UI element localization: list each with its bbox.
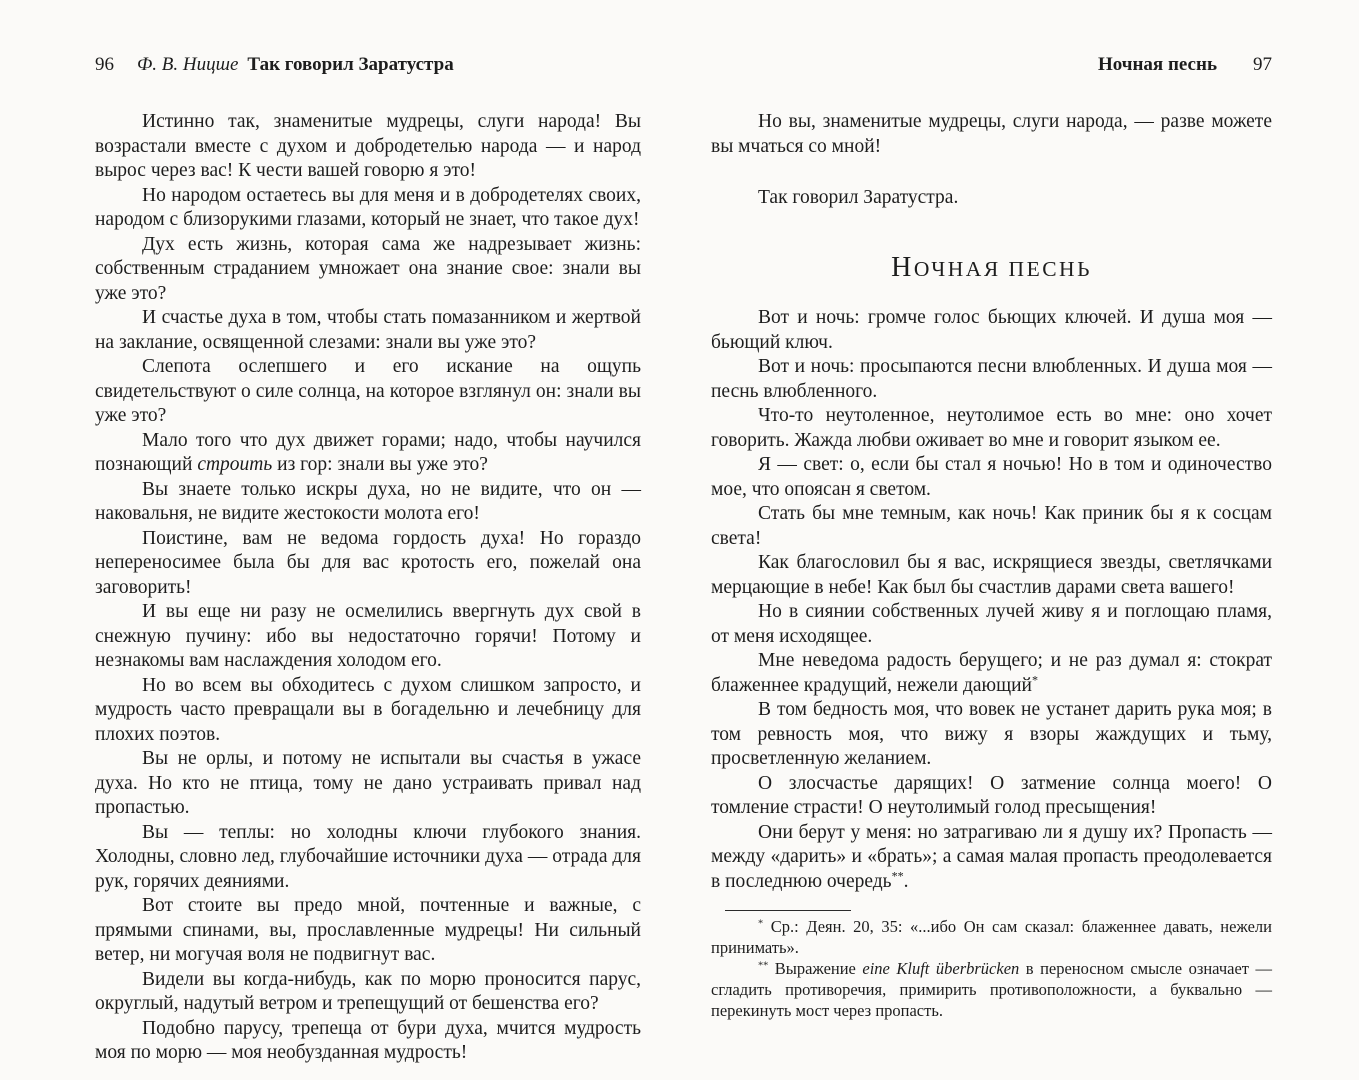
paragraph: Слепота ослепшего и его искание на ощупь… — [95, 355, 641, 429]
paragraph: Я — свет: о, если бы стал я ночью! Но в … — [711, 453, 1272, 502]
paragraph: Поистине, вам не ведома гордость духа! Н… — [95, 527, 641, 601]
paragraph: И вы еще ни разу не осмелились ввергнуть… — [95, 600, 641, 674]
left-page-number: 96 — [95, 54, 114, 76]
left-page-body: Истинно так, знаменитые мудрецы, слуги н… — [95, 110, 641, 1066]
footnotes-section: * Ср.: Деян. 20, 35: «...ибо Он сам сказ… — [711, 910, 1272, 1021]
chapter-heading: Ночная песнь — [711, 252, 1272, 284]
paragraph: Мало того что дух движет горами; надо, ч… — [95, 429, 641, 478]
paragraph: Вы знаете только искры духа, но не видит… — [95, 478, 641, 527]
paragraph: Но в сиянии собственных лучей живу я и п… — [711, 600, 1272, 649]
paragraph: О злосчастье дарящих! О затмение солнца … — [711, 772, 1272, 821]
paragraph: Вот и ночь: громче голос бьющих ключей. … — [711, 306, 1272, 355]
footnote: ** Выражение eine Kluft überbrücken в пе… — [711, 958, 1272, 1021]
right-page-number: 97 — [1253, 54, 1272, 76]
paragraph: Как благословил бы я вас, искрящиеся зве… — [711, 551, 1272, 600]
footnote-list: * Ср.: Деян. 20, 35: «...ибо Он сам сказ… — [711, 916, 1272, 1021]
paragraph: Истинно так, знаменитые мудрецы, слуги н… — [95, 110, 641, 184]
footnote-rule — [725, 910, 851, 911]
running-book-title: Так говорил Заратустра — [247, 54, 453, 76]
paragraph: Дух есть жизнь, которая сама же надрезыв… — [95, 233, 641, 307]
running-author: Ф. В. Ницше — [137, 54, 238, 76]
footnote: * Ср.: Деян. 20, 35: «...ибо Он сам сказ… — [711, 916, 1272, 958]
paragraph: Вы — теплы: но холодны ключи глубокого з… — [95, 821, 641, 895]
right-page-body: Вот и ночь: громче голос бьющих ключей. … — [711, 306, 1272, 894]
paragraph: Вы не орлы, и потому не испытали вы счас… — [95, 747, 641, 821]
paragraph: Вот стоите вы предо мной, почтенные и ва… — [95, 894, 641, 968]
paragraph: Но народом остаетесь вы для меня и в доб… — [95, 184, 641, 233]
paragraph: Но вы, знаменитые мудрецы, слуги народа,… — [711, 110, 1272, 159]
left-running-head: 96 Ф. В. Ницше Так говорил Заратустра — [95, 54, 641, 76]
left-page: 96 Ф. В. Ницше Так говорил Заратустра Ис… — [95, 0, 641, 1080]
paragraph: Но во всем вы обходитесь с духом слишком… — [95, 674, 641, 748]
right-page-intro: Но вы, знаменитые мудрецы, слуги народа,… — [711, 110, 1272, 159]
right-page: Ночная песнь 97 Но вы, знаменитые мудрец… — [711, 0, 1272, 1080]
paragraph: Вот и ночь: просыпаются песни влюбленных… — [711, 355, 1272, 404]
right-running-head: Ночная песнь 97 — [711, 54, 1272, 76]
running-chapter-title: Ночная песнь — [1098, 54, 1217, 76]
paragraph: Стать бы мне темным, как ночь! Как прини… — [711, 502, 1272, 551]
paragraph: Что-то неутоленное, неутолимое есть во м… — [711, 404, 1272, 453]
paragraph: Видели вы когда-нибудь, как по морю прон… — [95, 968, 641, 1017]
paragraph: И счастье духа в том, чтобы стать помаза… — [95, 306, 641, 355]
paragraph: Подобно парусу, трепеща от бури духа, мч… — [95, 1017, 641, 1066]
paragraph: Они берут у меня: но затрагиваю ли я душ… — [711, 821, 1272, 895]
speech-attribution: Так говорил Заратустра. — [711, 186, 1272, 211]
paragraph: Мне неведома радость берущего; и не раз … — [711, 649, 1272, 698]
paragraph: В том бедность моя, что вовек не устанет… — [711, 698, 1272, 772]
